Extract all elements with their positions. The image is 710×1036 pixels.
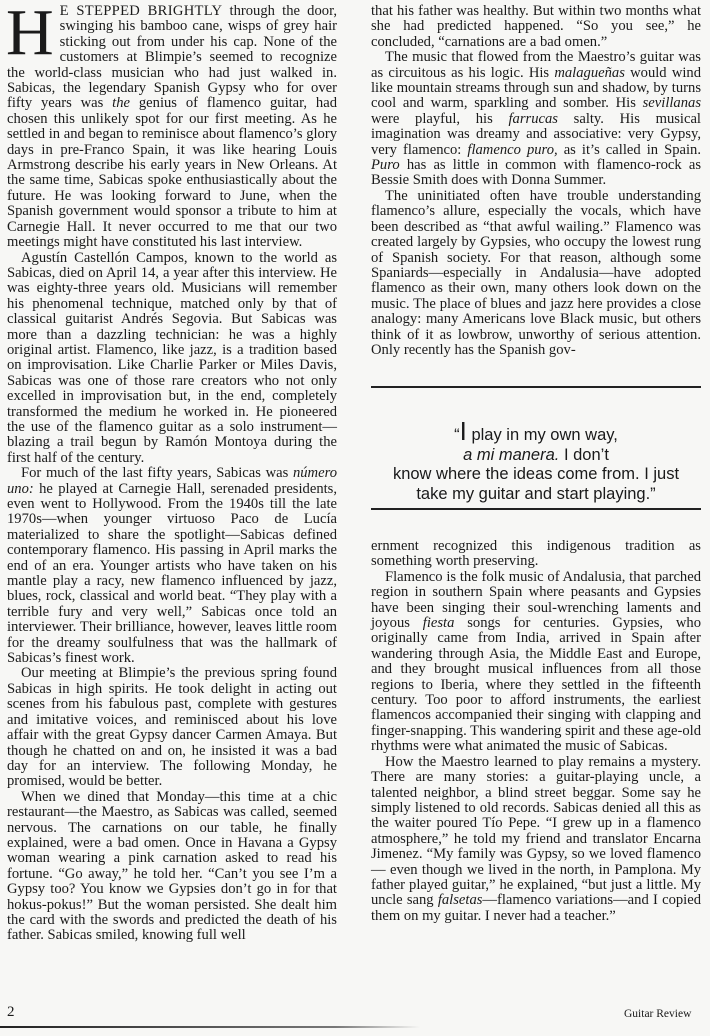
paragraph-text: as it’s called in Spain. bbox=[558, 142, 701, 158]
paragraph-text: How the Maestro learned to play remains … bbox=[371, 754, 701, 909]
pull-quote-text: I don’t bbox=[559, 446, 609, 464]
emphasis: Puro bbox=[371, 157, 400, 173]
left-column: HE STEPPED BRIGHTLY through the door, sw… bbox=[7, 4, 337, 944]
pull-quote-line-1: “I play in my own way, bbox=[371, 422, 701, 446]
emphasis: sevillanas bbox=[643, 95, 701, 111]
paragraph: Agustín Castellón Campos, known to the w… bbox=[7, 251, 337, 467]
publication-footer: Guitar Review bbox=[624, 1008, 691, 1020]
paragraph-continued: that his father was healthy. But within … bbox=[371, 4, 701, 50]
emphasis: flamenco puro, bbox=[467, 142, 557, 158]
pull-quote-initial: I bbox=[460, 416, 467, 446]
pull-quote-text: play in my own way, bbox=[467, 426, 618, 444]
paragraph-text: For much of the last fifty years, Sabica… bbox=[21, 465, 293, 481]
emphasis: farrucas bbox=[508, 111, 557, 127]
paragraph-text: has as little in common with flamenco-ro… bbox=[371, 157, 701, 188]
right-column-bottom: ernment recognized this indigenous tradi… bbox=[371, 539, 701, 924]
paragraph: Flamenco is the folk music of Andalusia,… bbox=[371, 570, 701, 755]
emphasis: malagueñas bbox=[554, 65, 625, 81]
emphasis: fiesta bbox=[423, 615, 455, 631]
drop-cap: H bbox=[6, 8, 54, 56]
page-number: 2 bbox=[7, 1004, 15, 1021]
paragraph: The music that flowed from the Maestro’s… bbox=[371, 50, 701, 189]
emphasis: the bbox=[112, 95, 130, 111]
lead-in-caps: E STEPPED BRIGHTLY bbox=[60, 3, 223, 19]
paragraph-continued: ernment recognized this indigenous tradi… bbox=[371, 539, 701, 570]
emphasis: a mi manera. bbox=[463, 446, 559, 464]
pull-quote-line-2: a mi manera. I don’t bbox=[371, 446, 701, 466]
pull-quote: “I play in my own way, a mi manera. I do… bbox=[371, 386, 701, 510]
paragraph: The uninitiated often have trouble under… bbox=[371, 189, 701, 358]
paragraph-text: were playful, his bbox=[371, 111, 508, 127]
paragraph: When we dined that Monday—this time at a… bbox=[7, 790, 337, 944]
emphasis: falsetas bbox=[438, 892, 483, 908]
paragraph-text: he played at Carnegie Hall, serenaded pr… bbox=[7, 481, 337, 666]
paragraph: Our meeting at Blimpie’s the previous sp… bbox=[7, 666, 337, 789]
right-column-top: that his father was healthy. But within … bbox=[371, 4, 701, 358]
page-edge-shadow bbox=[0, 1026, 420, 1028]
paragraph-text: genius of flamenco guitar, had chosen th… bbox=[7, 95, 337, 250]
paragraph-text: songs for centuries. Gypsies, who origin… bbox=[371, 615, 701, 754]
pull-quote-line-4: take my guitar and start playing.” bbox=[371, 485, 701, 505]
paragraph: For much of the last fifty years, Sabica… bbox=[7, 466, 337, 666]
paragraph-opening: HE STEPPED BRIGHTLY through the door, sw… bbox=[7, 4, 337, 251]
pull-quote-line-3: know where the ideas come from. I just bbox=[371, 465, 701, 485]
paragraph: How the Maestro learned to play remains … bbox=[371, 755, 701, 924]
